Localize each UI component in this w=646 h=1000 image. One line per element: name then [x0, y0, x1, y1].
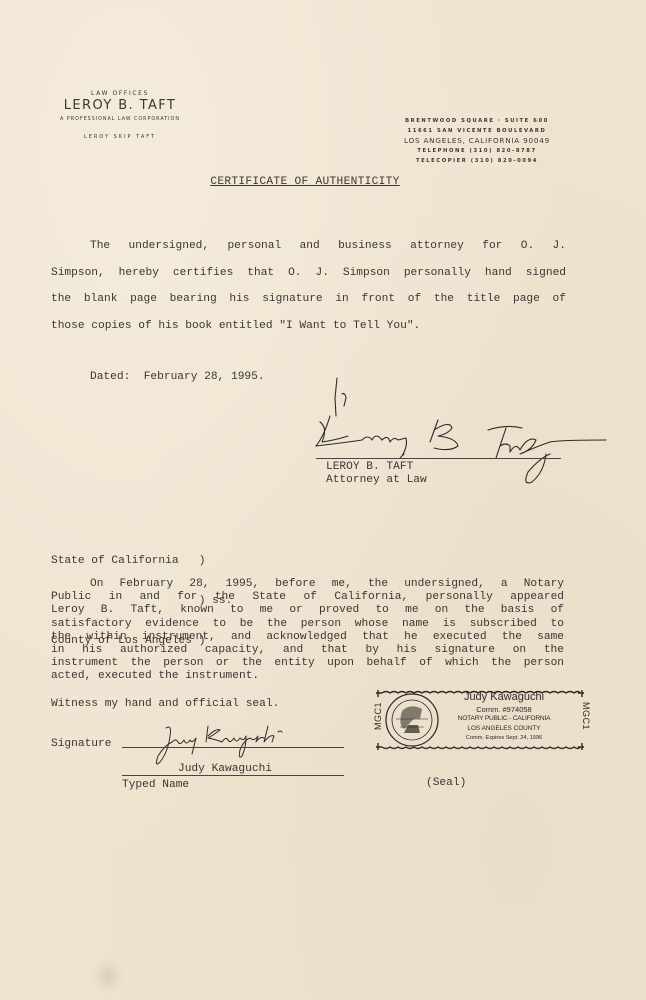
- address-city: LOS ANGELES, CALIFORNIA 90049: [392, 136, 562, 146]
- seal-role: NOTARY PUBLIC - CALIFORNIA: [434, 715, 574, 722]
- seal-commission: Comm. #974058: [444, 705, 564, 714]
- notary-seal-stamp: Judy Kawaguchi Comm. #974058 NOTARY PUBL…: [374, 689, 588, 751]
- document-title: CERTIFICATE OF AUTHENTICITY: [0, 176, 610, 188]
- certification-paragraph: The undersigned, personal and business a…: [51, 233, 566, 339]
- notary-typed-name: Judy Kawaguchi: [178, 763, 272, 775]
- seal-expiration: Comm. Expires Sept. 24, 1996: [436, 735, 572, 741]
- notary-line: Leroy B. Taft, known to me or proved to …: [51, 604, 564, 617]
- seal-side-code-right: MGC1: [581, 702, 591, 730]
- attorney-typed-name: LEROY B. TAFT: [326, 461, 413, 473]
- letterhead-address: BRENTWOOD SQUARE · SUITE 600 11661 SAN V…: [392, 116, 562, 166]
- paper-smudge: [92, 958, 124, 994]
- firm-name: LEROY B. TAFT: [40, 98, 200, 113]
- notary-line: acted, executed the instrument.: [51, 670, 564, 683]
- venue-state: State of California ): [51, 555, 232, 568]
- notary-acknowledgment: On February 28, 1995, before me, the und…: [51, 578, 564, 684]
- certification-line: The undersigned, personal and business a…: [51, 233, 566, 260]
- typed-name-label: Typed Name: [122, 779, 189, 791]
- signature-label: Signature: [51, 738, 111, 750]
- dated-line: Dated: February 28, 1995.: [90, 371, 265, 383]
- california-state-seal-icon: [386, 694, 438, 746]
- telephone: TELEPHONE (310) 820-8787: [392, 146, 562, 156]
- witness-statement: Witness my hand and official seal.: [51, 698, 279, 710]
- notary-line: instrument the person or the entity upon…: [51, 657, 564, 670]
- attorney-title: Attorney at Law: [326, 474, 427, 486]
- seal-county: LOS ANGELES COUNTY: [440, 725, 568, 732]
- notary-line: On February 28, 1995, before me, the und…: [51, 578, 564, 591]
- attorney-signature-line: [316, 458, 561, 459]
- seal-side-code-left: MGC1: [373, 702, 383, 730]
- law-offices-label: LAW OFFICES: [40, 90, 200, 97]
- firm-corporation: A PROFESSIONAL LAW CORPORATION: [40, 117, 200, 122]
- notary-line: satisfactory evidence to be the person w…: [51, 618, 564, 631]
- certification-line: Simpson, hereby certifies that O. J. Sim…: [51, 260, 566, 287]
- seal-name: Judy Kawaguchi: [444, 691, 564, 703]
- certification-line: those copies of his book entitled "I Wan…: [51, 313, 566, 340]
- letterhead-firm: LAW OFFICES LEROY B. TAFT A PROFESSIONAL…: [40, 90, 200, 140]
- notary-signature-line: [122, 747, 344, 748]
- address-line1: BRENTWOOD SQUARE · SUITE 600: [392, 116, 562, 126]
- firm-person: LEROY SKIP TAFT: [40, 134, 200, 140]
- seal-label: (Seal): [426, 777, 466, 789]
- telecopier: TELECOPIER (310) 820-0094: [392, 156, 562, 166]
- notary-line: Public in and for the State of Californi…: [51, 591, 564, 604]
- typed-name-line: [122, 775, 344, 776]
- certification-line: the blank page bearing his signature in …: [51, 286, 566, 313]
- address-line2: 11661 SAN VICENTE BOULEVARD: [392, 126, 562, 136]
- notary-line: the within instrument, and acknowledged …: [51, 631, 564, 644]
- notary-line: in his authorized capacity, and that by …: [51, 644, 564, 657]
